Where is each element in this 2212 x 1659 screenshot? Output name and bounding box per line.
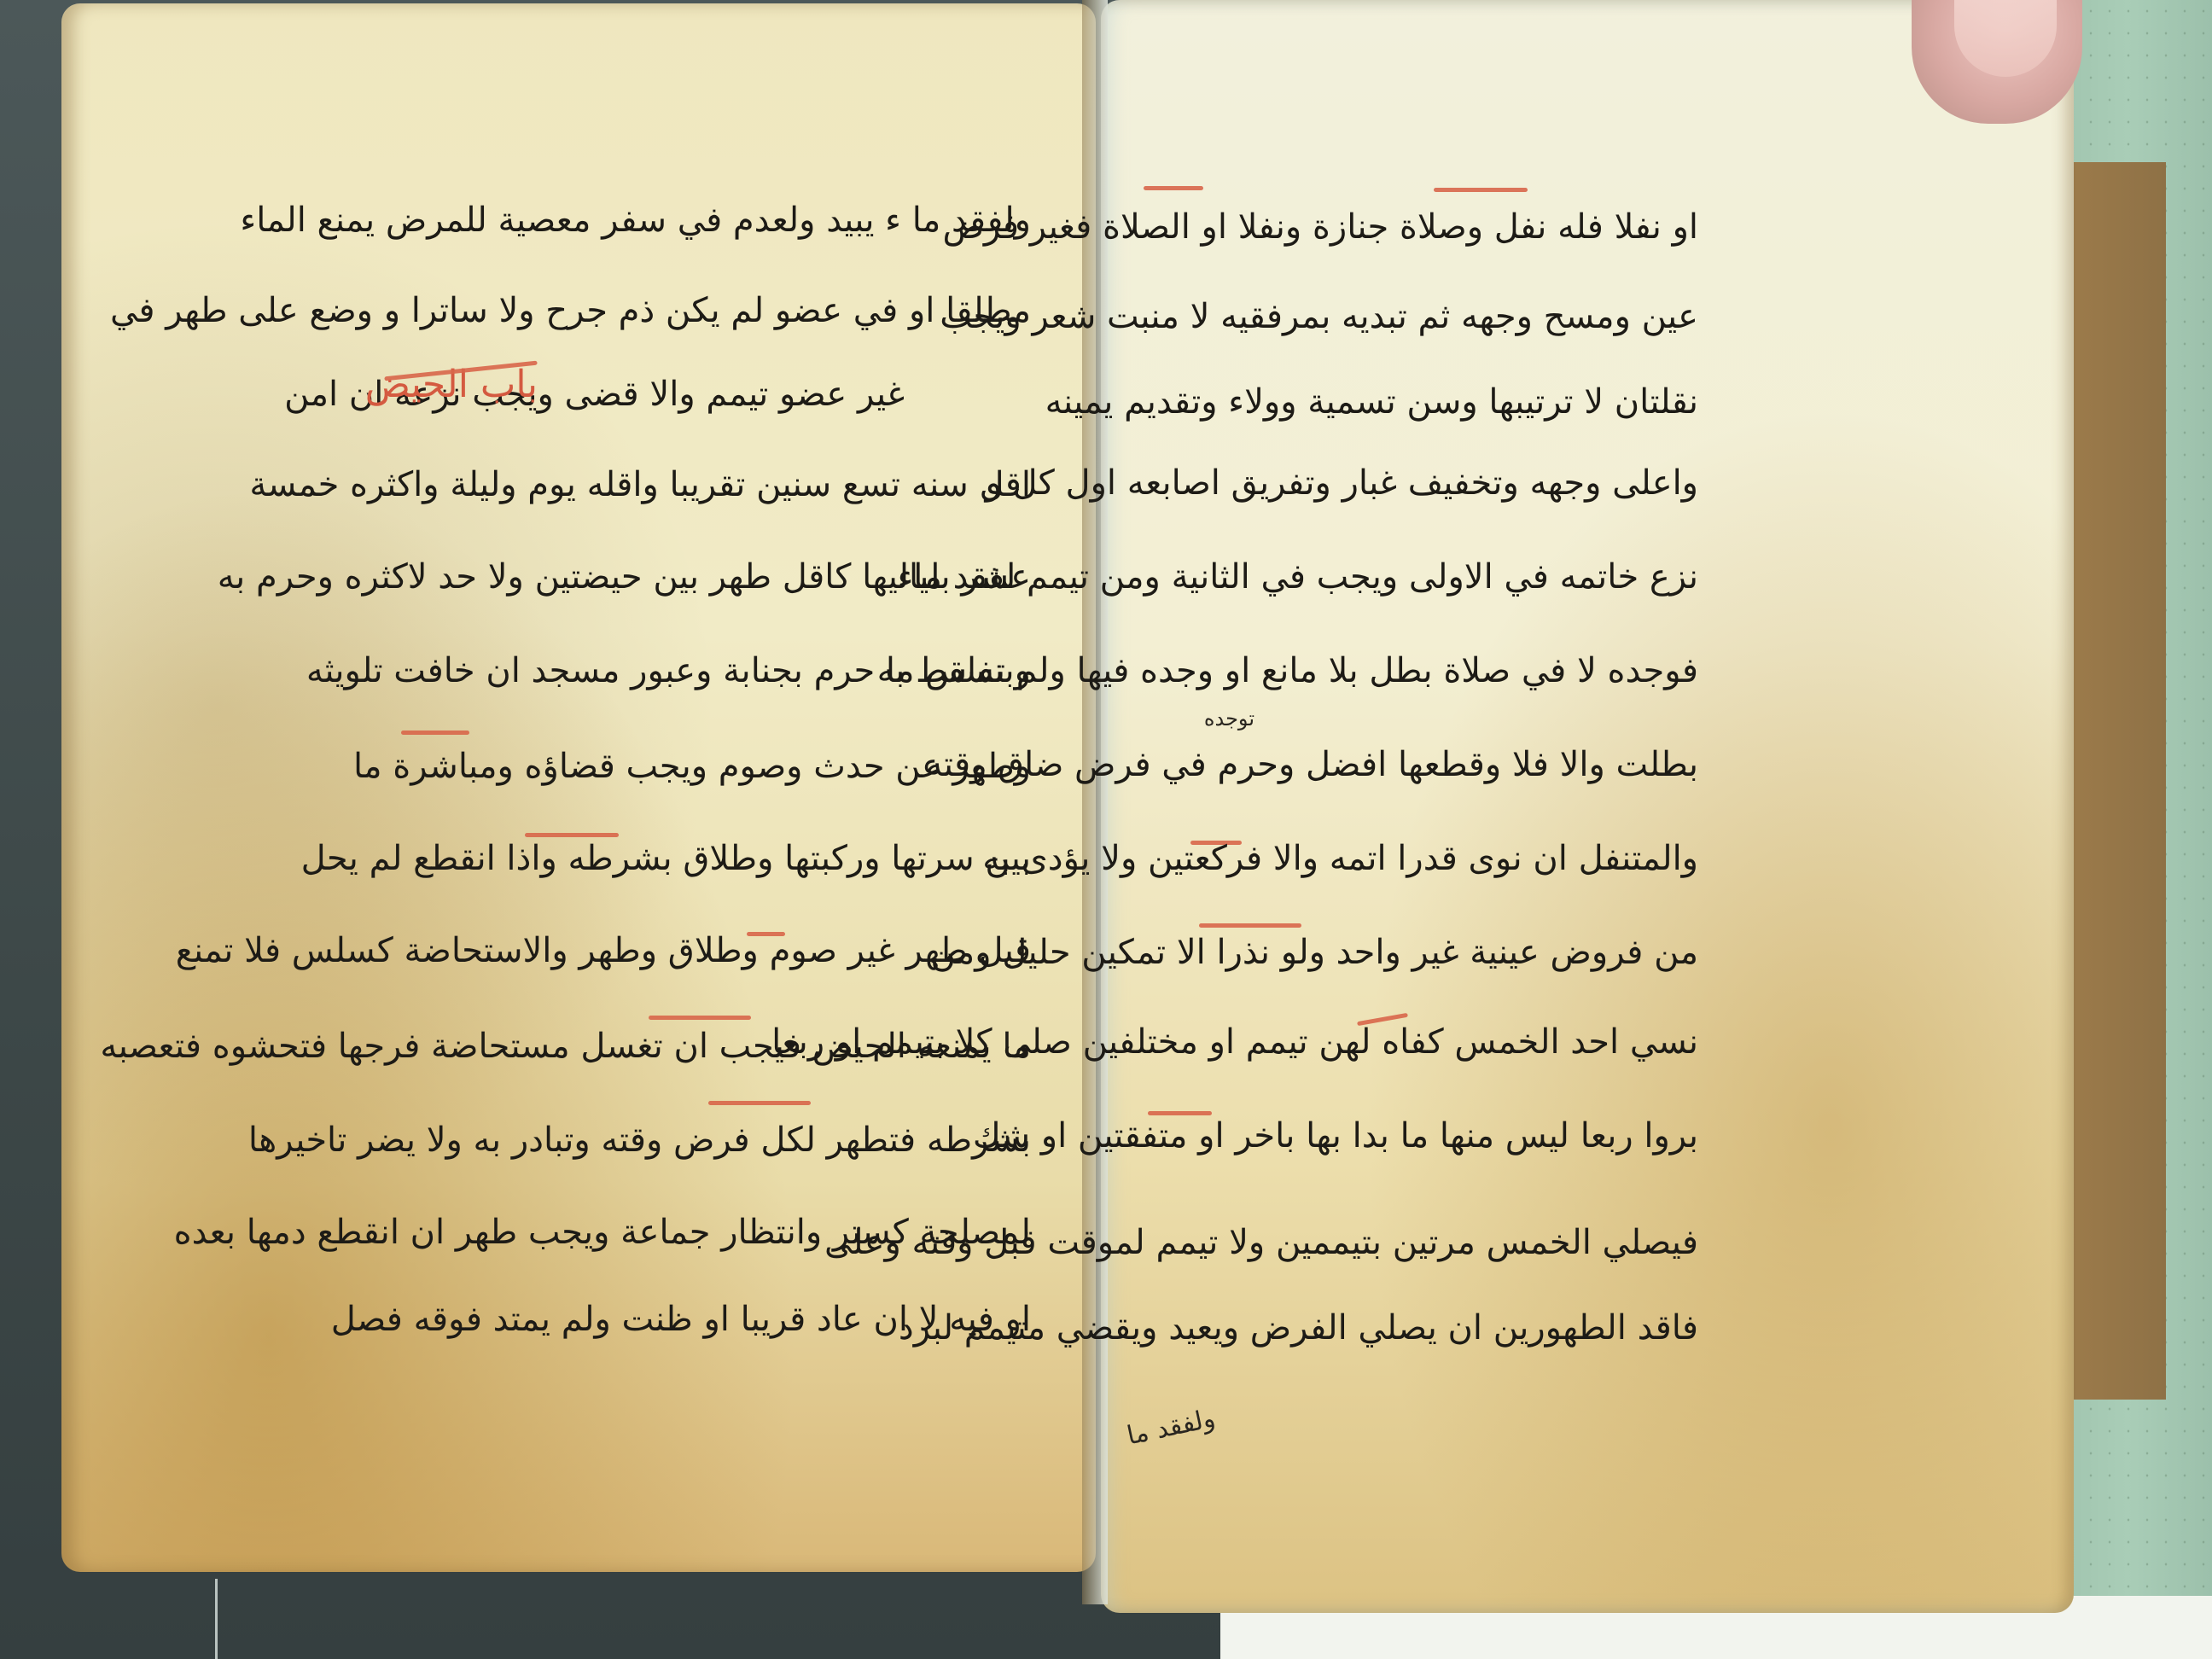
catchword: ولفقد ما <box>1125 1404 1218 1452</box>
text-line: بين سرتها وركبتها وطلاق بشرطه واذا انقطع… <box>301 836 1031 881</box>
text-line: واعلى وجهه وتخفيف غبار وتفريق اصابعه اول… <box>985 461 1698 505</box>
text-line: بشرطه فتطهر لكل فرض وقته وتبادر به ولا ي… <box>248 1118 1031 1162</box>
text-line: فوجده لا في صلاة بطل بلا مانع او وجده في… <box>877 649 1698 693</box>
margin-note: توجده <box>1204 707 1254 731</box>
text-line: والمتنفل ان نوى قدرا اتمه والا فركعتين و… <box>982 836 1698 881</box>
text-line: ولفقد ما ء يبيد ولعدم في سفر معصية للمرض… <box>240 198 1031 242</box>
text-line: مطلقا او في عضو لم يكن ذم جرح ولا ساترا … <box>110 288 1031 333</box>
rubric-line <box>401 731 469 735</box>
text-line: عين ومسح وجهه ثم تبديه بمرفقيه لا منبت ش… <box>940 294 1698 339</box>
text-line: نزع خاتمه في الاولى ويجب في الثانية ومن … <box>898 555 1699 599</box>
rubric-line <box>708 1101 811 1105</box>
text-line: او نفلا فله نفل وصلاة جنازة ونفلا او الص… <box>942 205 1698 249</box>
text-line: قبل طهر غير صوم وطلاق وطهر والاستحاضة كس… <box>176 928 1031 973</box>
table-edge-line <box>215 1579 218 1659</box>
text-line: فاقد الطهورين ان يصلي الفرض ويعيد ويقضي … <box>899 1306 1698 1350</box>
text-line: فيصلي الخمس مرتين بتيممين ولا تيمم لموقت… <box>824 1220 1698 1265</box>
rubric-line <box>1144 186 1203 190</box>
rubric-line <box>1199 923 1301 928</box>
text-line: نسي احد الخمس كفاه لهن تيمم او مختلفين ص… <box>771 1020 1698 1064</box>
text-line: بطلت والا فلا وقطعها افضل وحرم في فرض ضا… <box>925 742 1698 787</box>
text-line: بروا ربعا ليس منها ما بدا بها باخر او مت… <box>973 1114 1698 1158</box>
text-line: نقلتان لا ترتيبها وسن تسمية وولاء وتقديم… <box>1045 380 1698 424</box>
rubric-line <box>649 1016 751 1020</box>
right-page-text: او نفلا فله نفل وصلاة جنازة ونفلا او الص… <box>1109 0 1732 1613</box>
text-line: من فروض عينية غير واحد ولو نذرا الا تمكي… <box>930 930 1698 975</box>
rubric-line <box>1434 188 1528 192</box>
text-line: اقل سنه تسع سنين تقريبا واقله يوم وليلة … <box>249 463 1031 507</box>
